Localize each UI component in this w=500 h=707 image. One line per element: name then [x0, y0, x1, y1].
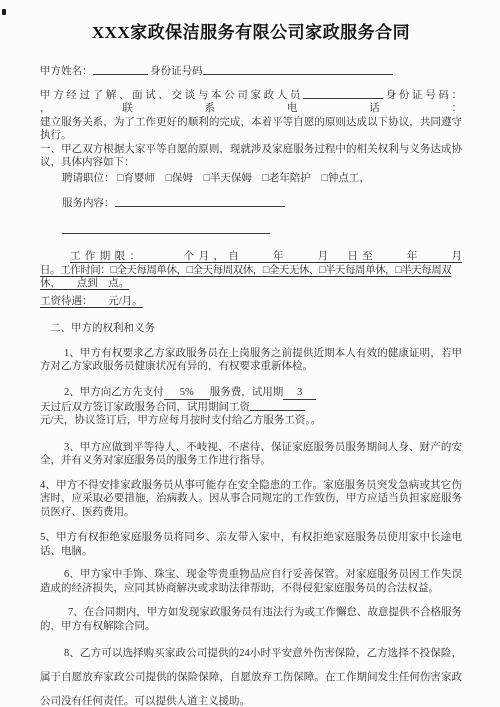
- party-a-id-label: 身份证号码: [150, 66, 203, 77]
- service-content-blank-line: [40, 223, 462, 238]
- trial-wage-blank: [250, 400, 305, 411]
- job-option-housemaid: □保姆: [166, 173, 193, 184]
- clause-8: 8、乙方可以选择购买家政公司提供的24小时平安意外伤害保险，乙方选择不投保险，属…: [40, 642, 462, 707]
- job-position-line: 聘请职位： □育婴师 □保姆 □半天保姆 □老年陪护 □钟点工，: [40, 172, 462, 186]
- clause-7: 7、在合同期内，甲方如发现家政服务员有违法行为或工作懈怠、故意提供不合格服务的，…: [40, 606, 462, 633]
- intro-paragraph: 建立服务关系，为了工作更好的顺利的完成，本着平等自愿的原则达成以下协议，共同遵守…: [40, 116, 462, 143]
- salary-text: 工资待遇： 元/月。: [40, 296, 143, 307]
- clause-2-line-1: 2、甲方向乙方先支付5%服务费，试用期3: [40, 386, 462, 400]
- clause-2: 2、甲方向乙方先支付5%服务费，试用期3 天过后双方签订家政服务合同，试用期间工…: [40, 386, 462, 428]
- worker-name-blank: [303, 88, 383, 99]
- service-content-blank-2: [62, 223, 270, 234]
- intro-line-1-left: 甲方经过了解、面试、交谈与本公司家政人员: [40, 90, 303, 101]
- party-name-line: 甲方姓名： 身份证号码: [40, 64, 462, 79]
- work-hours-text: 休， 点到 点。: [40, 278, 129, 289]
- contract-page: XXX家政保洁服务有限公司家政服务合同 甲方姓名： 身份证号码 甲方经过了解、面…: [0, 0, 500, 707]
- job-option-halfday-maid: □半天保姆: [204, 173, 252, 184]
- scan-speck: [2, 9, 6, 15]
- party-a-name-label: 甲方姓名：: [40, 66, 93, 77]
- service-content-label: 服务内容：: [62, 198, 115, 209]
- clause-6: 6、甲方家中手饰、珠宝、现金等贵重物品应自行妥善保管。对家庭服务员因工作失误造成…: [40, 568, 462, 595]
- work-time-line: 日。工作时间：□全天每周单休，□全天每周双休，□全天无休、□半天每周单休，□半天…: [40, 264, 462, 278]
- clause-2-line-3: 元/天，协议签订后，甲方应每月按时支付给乙方服务工资。。: [40, 414, 462, 428]
- party-a-name-blank: [93, 64, 148, 75]
- job-option-nanny-trainer: □育婴师: [117, 173, 155, 184]
- intro-line-1-right: 身份证号码：: [383, 90, 462, 101]
- clause-2-text-c: 天过后双方签订家政服务合同，试用期间工资: [40, 402, 250, 413]
- clause-5: 5、甲方有权拒绝家庭服务员将同乡、亲友带入家中，有权拒绝家庭服务员使用家中长途电…: [40, 531, 462, 558]
- intro-line-2: ，联系电话：: [40, 102, 462, 116]
- clause-3: 3、甲方应做到平等待人、不岐视、不虐待、保证家庭服务员服务期间人身、财产的安全，…: [40, 441, 462, 468]
- salary-line: 工资待遇： 元/月。: [40, 295, 462, 309]
- clause-1: 1、甲方有权要求乙方家政服务员在上岗服务之前提供近期本人有效的健康证明，若甲方对…: [40, 347, 462, 374]
- trial-days-value: 3: [283, 387, 316, 400]
- job-option-hourly-worker: □钟点工，: [322, 173, 370, 184]
- clause-opening: 一、甲乙双方根据大家平等自愿的原则，现就涉及家庭服务过程中的相关权利与义务达成协…: [40, 143, 462, 170]
- service-fee-value: 5%: [164, 387, 210, 400]
- service-content-line: 服务内容：: [40, 196, 462, 211]
- clause-2-text-a: 2、甲方向乙方先支付: [64, 387, 164, 398]
- job-option-elder-care: □老年陪护: [263, 173, 311, 184]
- clause-2-line-2: 天过后双方签订家政服务合同，试用期间工资: [40, 400, 462, 415]
- clause-2-text-b: 服务费，试用期: [210, 387, 284, 398]
- intro-line-1: 甲方经过了解、面试、交谈与本公司家政人员身份证号码：: [40, 88, 462, 103]
- page-title: XXX家政保洁服务有限公司家政服务合同: [40, 22, 462, 44]
- section2-heading: 二、甲方的权利和义务: [40, 322, 462, 336]
- clause-4: 4、甲方不得安排家政服务员从事可能存在安全隐患的工作。家庭服务员突发急病或其它伤…: [40, 479, 462, 520]
- service-content-blank: [115, 196, 285, 207]
- work-term-line: 工作期限： 个月，自 年 月 日至 年 月: [40, 250, 462, 264]
- work-hours-line: 休， 点到 点。: [40, 277, 462, 291]
- job-position-label: 聘请职位：: [62, 173, 115, 184]
- party-a-id-blank: [203, 64, 393, 75]
